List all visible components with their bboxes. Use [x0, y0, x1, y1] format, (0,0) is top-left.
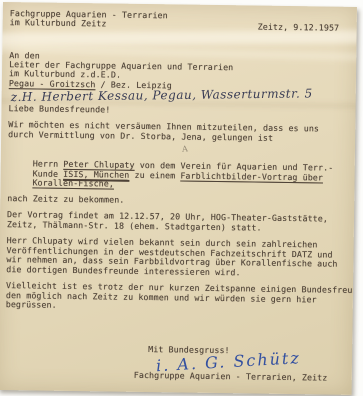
body-line: die dortigen Bundesfreunde interessieren… [6, 265, 241, 278]
intro-line: durch Vermittlung von Dr. Storba, Jena, … [8, 130, 273, 143]
emphasis-underlined-topic: Farblichtbilder-Vortrag über [180, 170, 323, 182]
salutation: Liebe Bundesfreunde! [8, 104, 110, 115]
signoff-org: Fachgruppe Aquarien - Terrarien, Zeitz [134, 371, 328, 383]
paper-crease [0, 44, 357, 61]
scanned-letter-paper: Fachgruppe Aquarien - Terrarien im Kultu… [0, 2, 357, 395]
letter-date: Zeitz, 9.12.1957 [258, 23, 340, 34]
emphasis-underlined-subject: Korallen-Fische, [32, 177, 114, 188]
handwritten-address: z.H. Herbert Kessau, Pegau, Wasserturmst… [11, 86, 313, 104]
letterhead-org-line2: im Kulturbund Zeitz [10, 18, 107, 29]
after-emphasis-line: nach Zeitz zu bekommen. [7, 194, 124, 205]
emphasis-line3: Korallen-Fische, [32, 178, 114, 189]
emphasis-text: zu einem [129, 169, 180, 180]
event-line: Zeitz, Thälmann-Str. 18 (ehem. Stadtgart… [7, 220, 262, 233]
body-line: begrüssen. [6, 300, 57, 310]
pencil-annotation-mark: A [182, 144, 189, 153]
recipient-place-underlined: Pegau - Groitzsch [9, 78, 96, 89]
